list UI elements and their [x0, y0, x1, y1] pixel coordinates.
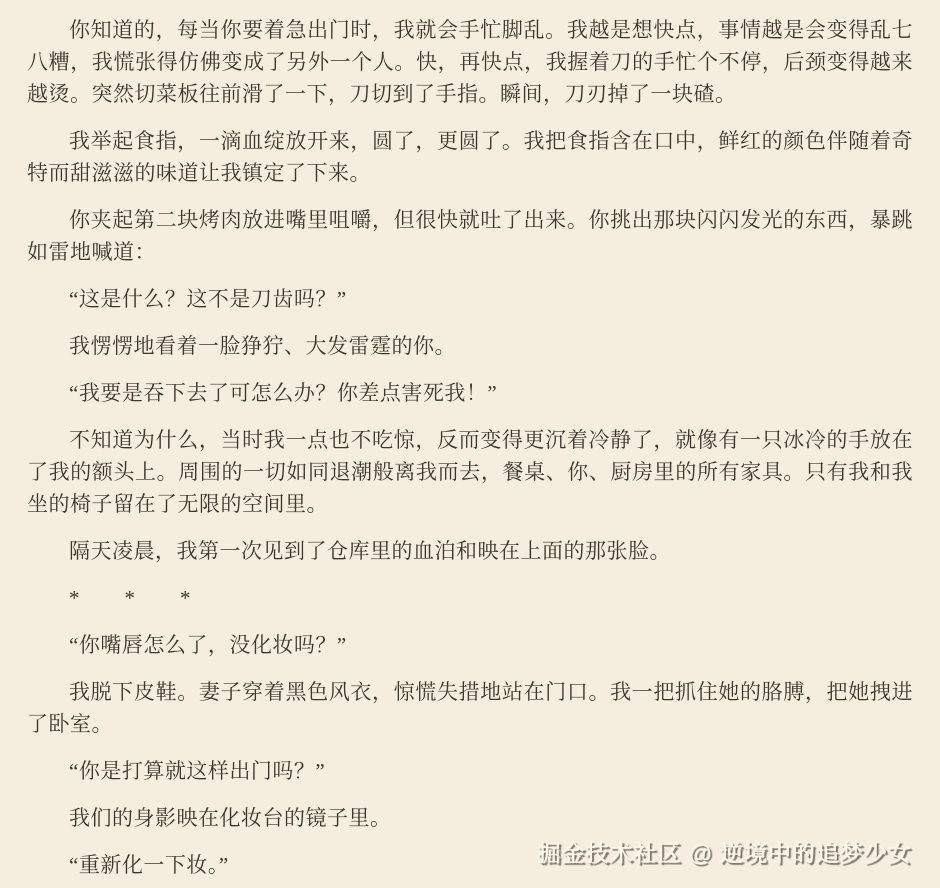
story-paragraph: 你夹起第二块烤肉放进嘴里咀嚼，但很快就吐了出来。你挑出那块闪闪发光的东西，暴跳如…: [27, 204, 913, 268]
section-separator: * * *: [27, 582, 913, 614]
story-paragraph: 隔天凌晨，我第一次见到了仓库里的血泊和映在上面的那张脸。: [27, 535, 913, 567]
dialogue-line: “你嘴唇怎么了，没化妆吗？”: [27, 629, 913, 661]
story-paragraph: 我举起食指，一滴血绽放开来，圆了，更圆了。我把食指含在口中，鲜红的颜色伴随着奇特…: [27, 125, 913, 189]
dialogue-line: “这是什么？这不是刀齿吗？”: [27, 283, 913, 315]
story-paragraph: 不知道为什么，当时我一点也不吃惊，反而变得更沉着冷静了，就像有一只冰冷的手放在了…: [27, 424, 913, 520]
story-text-page: 你知道的，每当你要着急出门时，我就会手忙脚乱。我越是想快点，事情越是会变得乱七八…: [0, 0, 940, 881]
site-watermark: 掘金技术社区 @ 逆境中的追梦少女: [538, 835, 912, 868]
dialogue-line: “你是打算就这样出门吗？”: [27, 755, 913, 787]
story-paragraph: 我脱下皮鞋。妻子穿着黑色风衣，惊慌失措地站在门口。我一把抓住她的胳膊，把她拽进了…: [27, 676, 913, 740]
dialogue-line: “我要是吞下去了可怎么办？你差点害死我！”: [27, 377, 913, 409]
story-paragraph: 我愣愣地看着一脸狰狞、大发雷霆的你。: [27, 330, 913, 362]
story-paragraph: 我们的身影映在化妆台的镜子里。: [27, 802, 913, 834]
story-paragraph: 你知道的，每当你要着急出门时，我就会手忙脚乱。我越是想快点，事情越是会变得乱七八…: [27, 14, 913, 110]
